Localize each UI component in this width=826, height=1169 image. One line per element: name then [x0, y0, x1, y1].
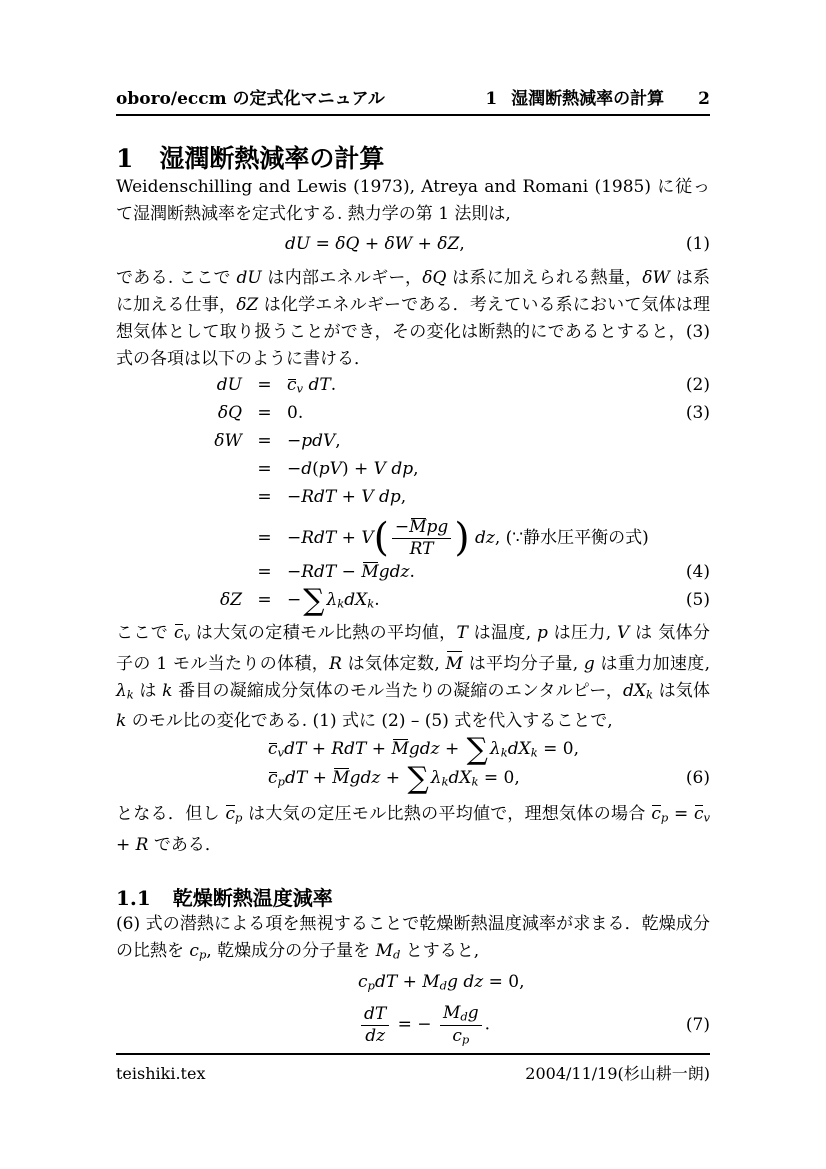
equation-lhs: δQ [116, 403, 242, 423]
subsection-number: 1.1 [116, 886, 151, 910]
equation-relation: = [242, 459, 287, 479]
equation-rhs: −RdT + V dp, [287, 487, 406, 507]
equation-relation: = [242, 403, 287, 423]
equation-rhs: −∑λkdXk. [287, 590, 380, 611]
header-section-number: 1 [485, 89, 497, 109]
equation-number: (5) [686, 590, 710, 610]
header-section-title: 湿潤断熱減率の計算 [511, 84, 664, 109]
equation-number: (7) [686, 1015, 710, 1035]
equation-body: cpdT + Mgdz + ∑λkdXk = 0, [268, 768, 520, 789]
equation-body: dTdz = − Mdgcp. [358, 1001, 490, 1049]
header-page-number: 2 [698, 89, 710, 109]
footer-filename: teishiki.tex [116, 1064, 525, 1083]
document-page: oboro/eccm の定式化マニュアル 1 湿潤断熱減率の計算 2 1湿潤断熱… [0, 0, 826, 1169]
equation-rhs: cv dT. [287, 375, 336, 396]
equation-rhs: −d(pV) + V dp, [287, 459, 419, 479]
equation-rhs: −RdT + V(−MpgRT) dz, (∵静水圧平衡の式) [287, 515, 649, 562]
paragraph-intro: Weidenschilling and Lewis (1973), Atreya… [116, 174, 710, 228]
equation-number: (6) [686, 768, 710, 788]
equation-lhs: dU [116, 375, 242, 395]
paragraph-definitions-2: ここで cv は大気の定積モル比熱の平均値，T は温度, p は圧力, V は … [116, 620, 710, 735]
equation-array-2-to-5: dU = cv dT. (2) δQ = 0. (3) δW = −pdV, =… [116, 375, 710, 618]
equation-row-hydrostatic: = −RdT + V(−MpgRT) dz, (∵静水圧平衡の式) [116, 515, 710, 562]
equation-relation: = [242, 528, 287, 548]
equation-rhs: −pdV, [287, 431, 341, 451]
equation-lhs: δW [116, 431, 242, 451]
subsection-heading: 1.1乾燥断熱温度減率 [116, 885, 710, 911]
equation-7-line-1: cpdT + Mdg dz = 0, [116, 972, 710, 1001]
paragraph-dry-lapse: (6) 式の潜熱による項を無視することで乾燥断熱温度減率が求まる．乾燥成分の比熱… [116, 911, 710, 969]
equation-body: cpdT + Mdg dz = 0, [358, 972, 524, 993]
equation-row: = −RdT − Mgdz. (4) [116, 562, 710, 590]
equation-number: (4) [686, 562, 710, 582]
equation-row: dU = cv dT. (2) [116, 375, 710, 403]
equation-relation: = [242, 487, 287, 507]
equation-number: (2) [686, 375, 710, 395]
equation-1: dU = δQ + δW + δZ, (1) [116, 234, 710, 263]
equation-lhs: δZ [116, 590, 242, 610]
section-number: 1 [116, 144, 133, 173]
equation-relation: = [242, 375, 287, 395]
equation-rhs: −RdT − Mgdz. [287, 562, 415, 582]
equation-7: cpdT + Mdg dz = 0, dTdz = − Mdgcp. (7) [116, 972, 710, 1049]
equation-relation: = [242, 590, 287, 610]
equation-row: δQ = 0. (3) [116, 403, 710, 431]
equation-rhs: 0. [287, 403, 303, 423]
paragraph-cp-note: となる．但し cp は大気の定圧モル比熱の平均値で，理想気体の場合 cp = c… [116, 801, 710, 859]
page-footer: teishiki.tex 2004/11/19(杉山耕一朗) [116, 1053, 710, 1084]
equation-7-line-2: dTdz = − Mdgcp. (7) [116, 1001, 710, 1049]
page-header: oboro/eccm の定式化マニュアル 1 湿潤断熱減率の計算 2 [116, 84, 710, 116]
footer-date-author: 2004/11/19(杉山耕一朗) [525, 1061, 710, 1084]
subsection-title: 乾燥断熱温度減率 [173, 886, 333, 910]
header-left-title: oboro/eccm の定式化マニュアル [116, 84, 485, 109]
equation-relation: = [242, 431, 287, 451]
equation-6: cvdT + RdT + Mgdz + ∑λkdXk = 0, cpdT + M… [116, 739, 710, 797]
equation-relation: = [242, 562, 287, 582]
paragraph-definitions-1: である. ここで dU は内部エネルギー，δQ は系に加えられる熱量，δW は系… [116, 265, 710, 373]
equation-row: = −RdT + V dp, [116, 487, 710, 515]
equation-row: δZ = −∑λkdXk. (5) [116, 590, 710, 618]
section-heading: 1湿潤断熱減率の計算 [116, 144, 710, 174]
equation-row: = −d(pV) + V dp, [116, 459, 710, 487]
equation-number: (3) [686, 403, 710, 423]
section-title: 湿潤断熱減率の計算 [159, 144, 384, 173]
equation-1-number: (1) [686, 234, 710, 254]
equation-row: δW = −pdV, [116, 431, 710, 459]
equation-1-body: dU = δQ + δW + δZ, [285, 234, 465, 254]
equation-body: cvdT + RdT + Mgdz + ∑λkdXk = 0, [268, 739, 579, 760]
equation-6-line-2: cpdT + Mgdz + ∑λkdXk = 0, (6) [116, 768, 710, 797]
